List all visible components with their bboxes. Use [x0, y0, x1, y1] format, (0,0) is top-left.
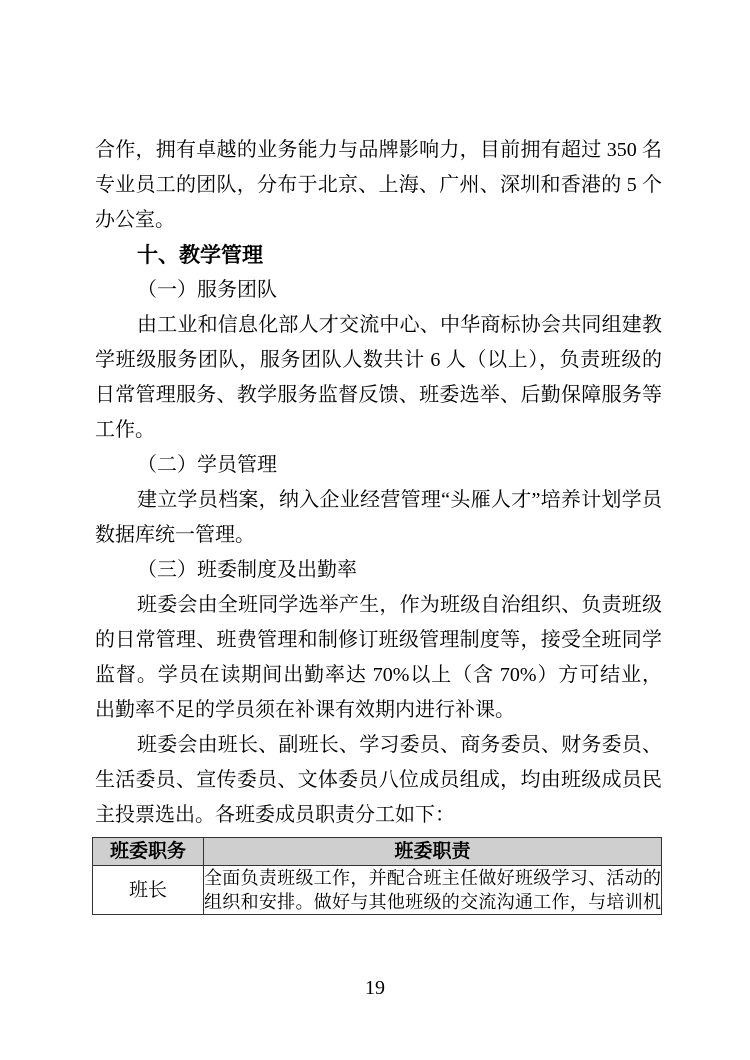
table-header-row: 班委职务 班委职责	[93, 838, 662, 866]
intro-paragraph-line: 办公室。	[95, 203, 662, 238]
cell-duty: 全面负责班级工作，并配合班主任做好班级学习、活动的 组织和安排。做好与其他班级的…	[204, 866, 662, 915]
subsection-title-1: （一）服务团队	[95, 273, 662, 308]
paragraph-line: 建立学员档案，纳入企业经营管理“头雁人才”培养计划学员	[95, 483, 662, 518]
paragraph-line: 监督。学员在读期间出勤率达 70%以上（含 70%）方可结业，	[95, 658, 662, 693]
paragraph-line: 日常管理服务、教学服务监督反馈、班委选举、后勤保障服务等	[95, 378, 662, 413]
paragraph-line: 主投票选出。各班委成员职责分工如下：	[95, 798, 662, 833]
duty-text-line: 全面负责班级工作，并配合班主任做好班级学习、活动的	[204, 866, 661, 890]
document-page: 合作，拥有卓越的业务能力与品牌影响力，目前拥有超过 350 名 专业员工的团队，…	[0, 0, 750, 1060]
page-number: 19	[0, 976, 750, 1000]
paragraph-line: 的日常管理、班费管理和制修订班级管理制度等，接受全班同学	[95, 623, 662, 658]
paragraph-line: 生活委员、宣传委员、文体委员八位成员组成，均由班级成员民	[95, 763, 662, 798]
column-header-role: 班委职务	[93, 838, 204, 866]
paragraph-line: 由工业和信息化部人才交流中心、中华商标协会共同组建教	[95, 308, 662, 343]
paragraph-line: 工作。	[95, 413, 662, 448]
section-heading: 十、教学管理	[95, 238, 662, 273]
intro-paragraph-line: 专业员工的团队，分布于北京、上海、广州、深圳和香港的 5 个	[95, 168, 662, 203]
paragraph-line: 班委会由班长、副班长、学习委员、商务委员、财务委员、	[95, 728, 662, 763]
intro-paragraph-line: 合作，拥有卓越的业务能力与品牌影响力，目前拥有超过 350 名	[95, 133, 662, 168]
duty-text-line: 组织和安排。做好与其他班级的交流沟通工作，与培训机	[204, 890, 661, 914]
paragraph-line: 数据库统一管理。	[95, 518, 662, 553]
subsection-title-3: （三）班委制度及出勤率	[95, 553, 662, 588]
paragraph-line: 出勤率不足的学员须在补课有效期内进行补课。	[95, 693, 662, 728]
cell-role: 班长	[93, 866, 204, 915]
column-header-duty: 班委职责	[204, 838, 662, 866]
paragraph-line: 班委会由全班同学选举产生，作为班级自治组织、负责班级	[95, 588, 662, 623]
paragraph-line: 学班级服务团队，服务团队人数共计 6 人（以上），负责班级的	[95, 343, 662, 378]
subsection-title-2: （二）学员管理	[95, 448, 662, 483]
table-row: 班长 全面负责班级工作，并配合班主任做好班级学习、活动的 组织和安排。做好与其他…	[93, 866, 662, 915]
page-content: 合作，拥有卓越的业务能力与品牌影响力，目前拥有超过 350 名 专业员工的团队，…	[95, 133, 662, 915]
committee-duties-table: 班委职务 班委职责 班长 全面负责班级工作，并配合班主任做好班级学习、活动的 组…	[92, 837, 662, 915]
